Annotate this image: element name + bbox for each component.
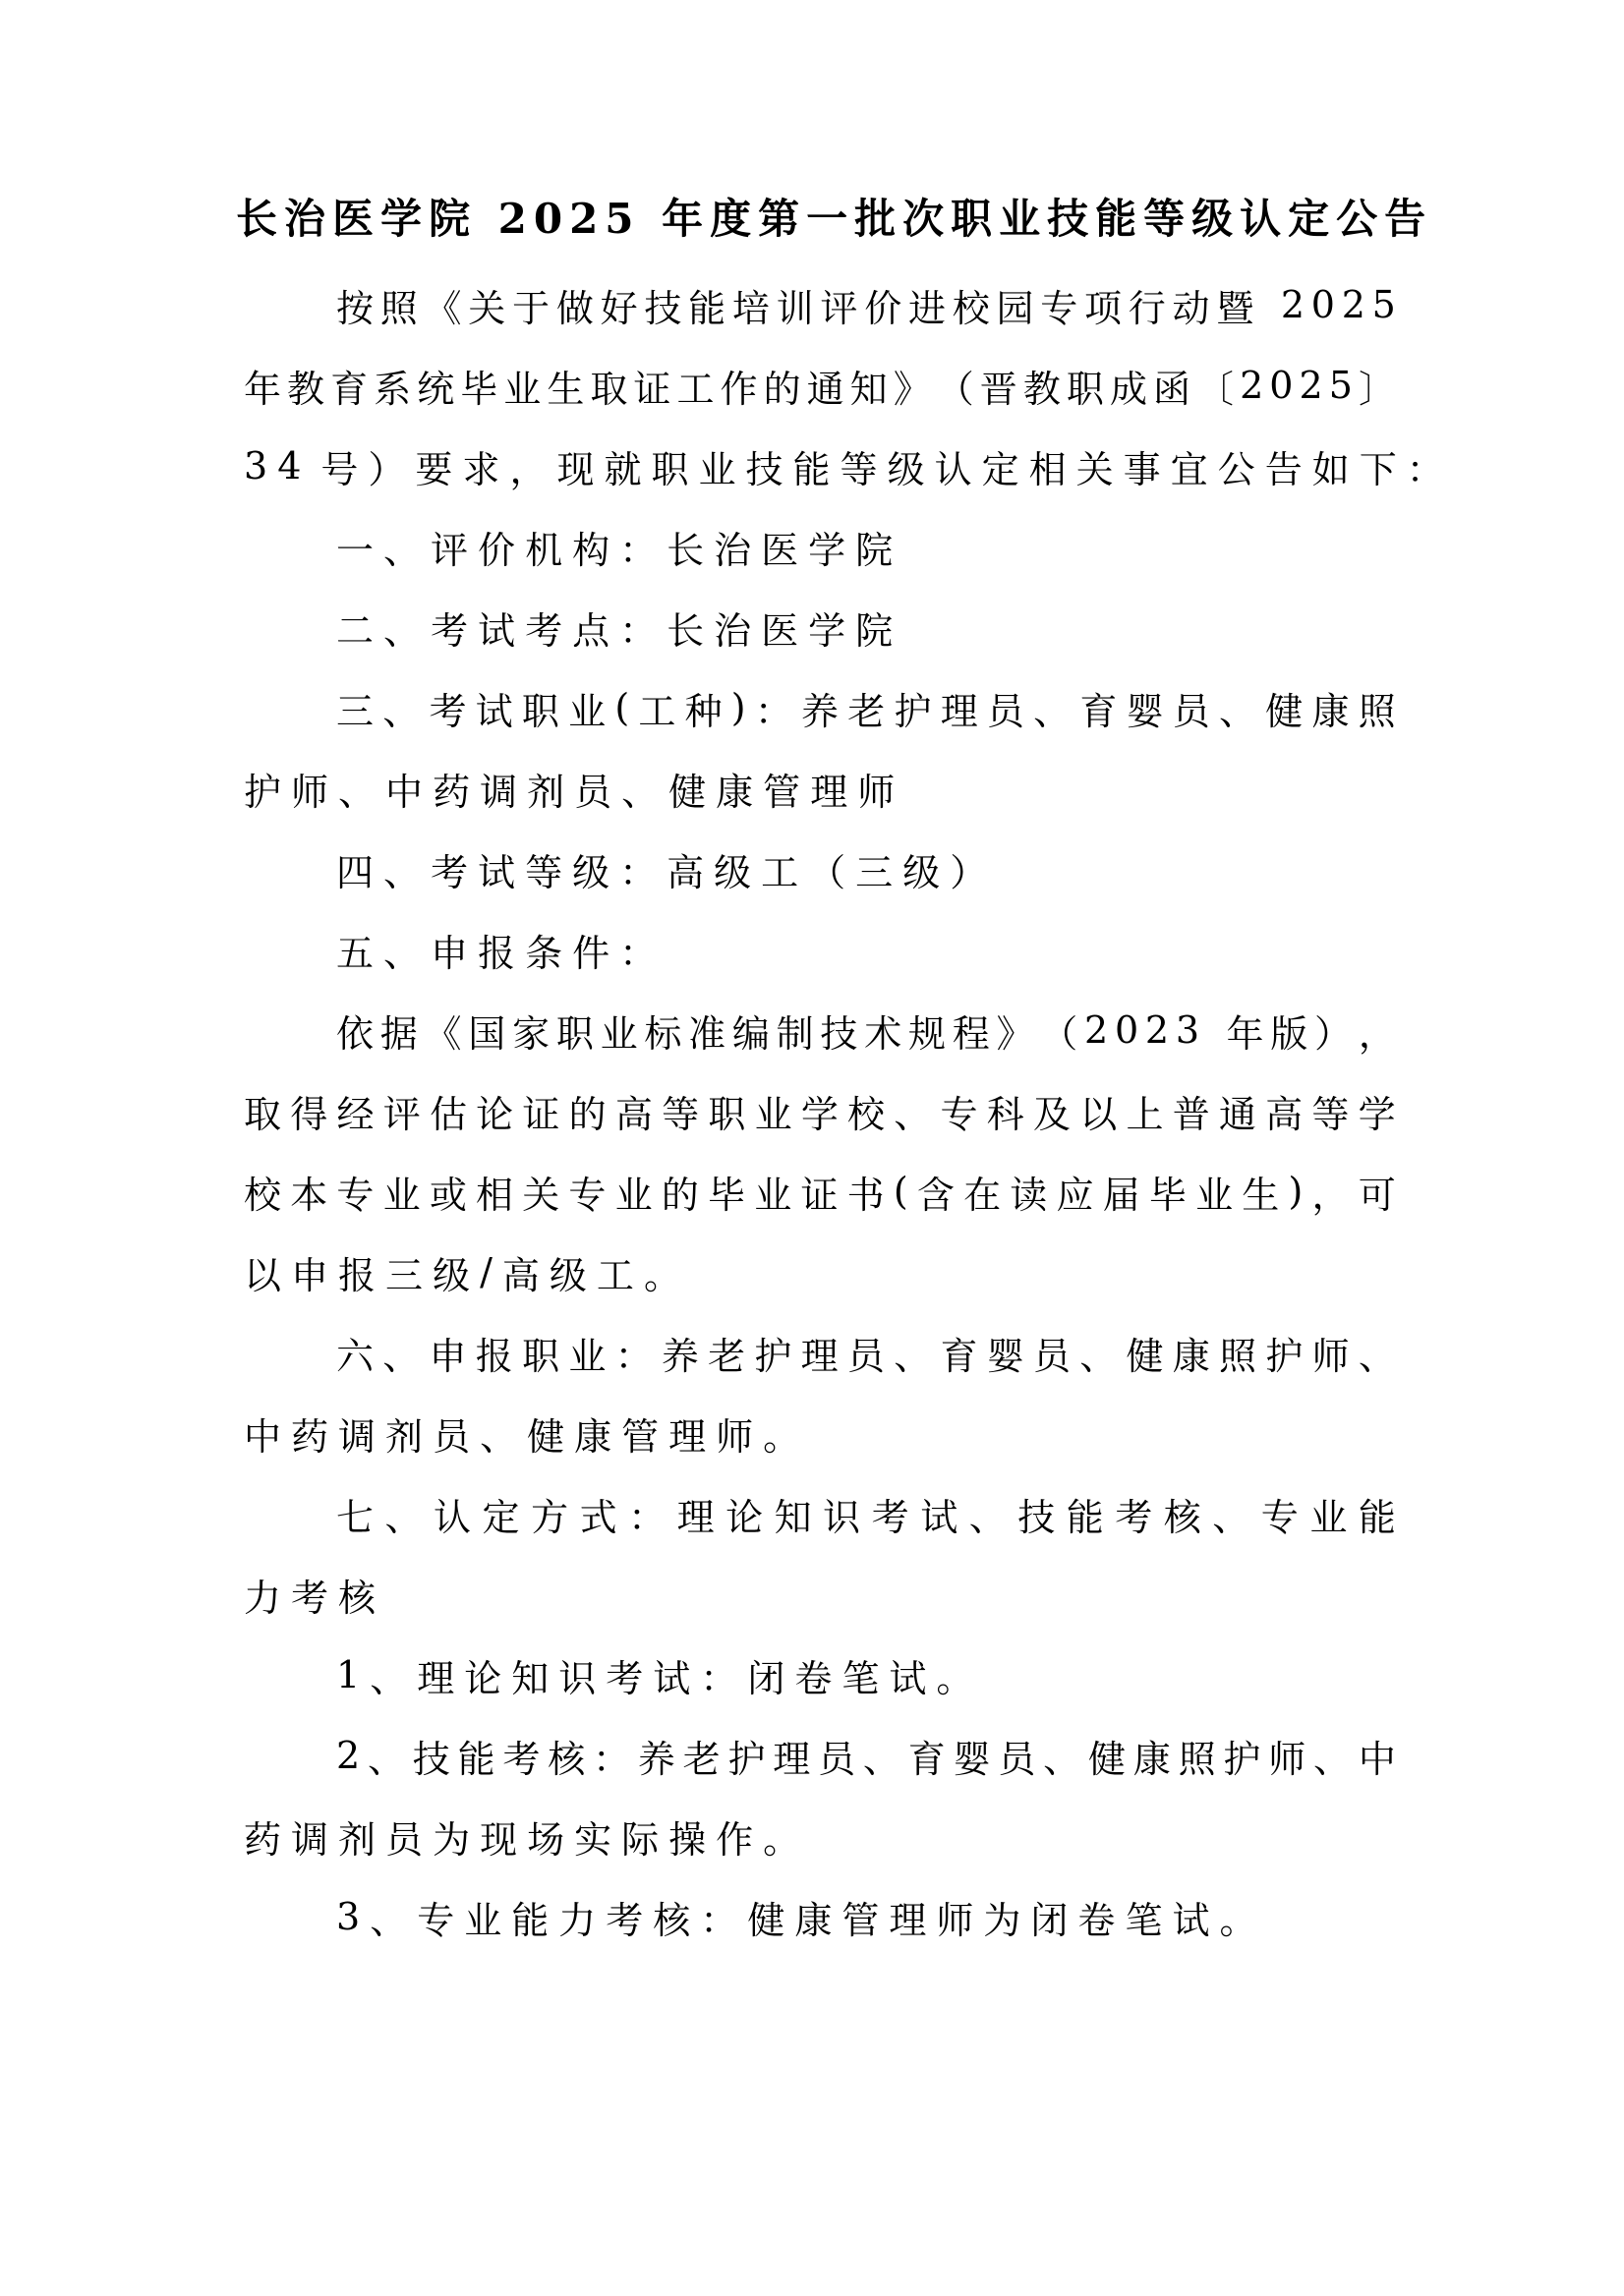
document-line: 34号）要求，现就职业技能等级认定相关事宜公告如下： [244, 426, 1396, 506]
document-line: 六、申报职业：养老护理员、育婴员、健康照护师、 [244, 1312, 1396, 1393]
document-line: 按照《关于做好技能培训评价进校园专项行动暨2025 [244, 264, 1396, 345]
document-line: 取得经评估论证的高等职业学校、专科及以上普通高等学 [244, 1070, 1396, 1151]
document-line: 药调剂员为现场实际操作。 [244, 1796, 1396, 1876]
document-line: 2、技能考核：养老护理员、育婴员、健康照护师、中 [244, 1715, 1396, 1796]
document-line: 力考核 [244, 1554, 1396, 1635]
document-body: 按照《关于做好技能培训评价进校园专项行动暨2025年教育系统毕业生取证工作的通知… [244, 264, 1396, 1957]
page: 长治医学院 2025 年度第一批次职业技能等级认定公告 按照《关于做好技能培训评… [0, 0, 1624, 2296]
document-title: 长治医学院 2025 年度第一批次职业技能等级认定公告 [236, 193, 1388, 246]
document-line: 年教育系统毕业生取证工作的通知》（晋教职成函〔2025〕 [244, 345, 1396, 426]
document-line: 七、认定方式：理论知识考试、技能考核、专业能 [244, 1473, 1396, 1554]
document-line: 五、申报条件： [244, 909, 1396, 990]
document-line: 护师、中药调剂员、健康管理师 [244, 748, 1396, 829]
document-line: 校本专业或相关专业的毕业证书(含在读应届毕业生)，可 [244, 1151, 1396, 1232]
document-line: 中药调剂员、健康管理师。 [244, 1393, 1396, 1473]
document-line: 二、考试考点：长治医学院 [244, 587, 1396, 667]
document-line: 3、专业能力考核：健康管理师为闭卷笔试。 [244, 1876, 1396, 1957]
document-line: 依据《国家职业标准编制技术规程》（2023年版）， [244, 990, 1396, 1070]
document-line: 一、评价机构：长治医学院 [244, 506, 1396, 587]
document-line: 以申报三级/高级工。 [244, 1232, 1396, 1312]
document-line: 四、考试等级：高级工（三级） [244, 829, 1396, 909]
document-line: 三、考试职业(工种)：养老护理员、育婴员、健康照 [244, 667, 1396, 748]
document-line: 1、理论知识考试：闭卷笔试。 [244, 1635, 1396, 1715]
